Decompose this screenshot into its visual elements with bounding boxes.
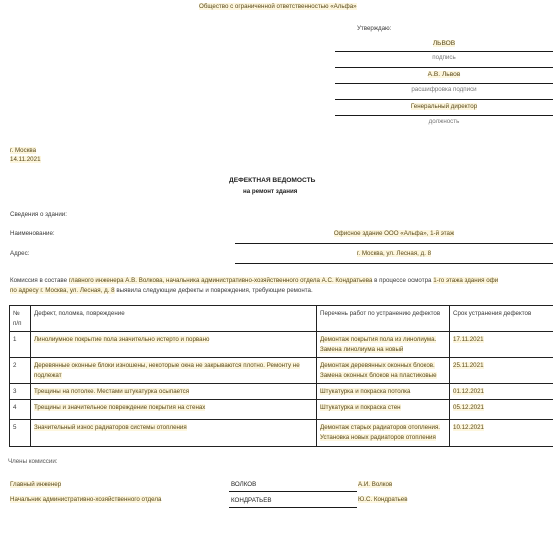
cell-num: 5: [10, 420, 31, 447]
work-text: Штукатурка и покраска потолка: [320, 388, 410, 395]
header-work: Перечень работ по устранению дефектов: [317, 306, 450, 332]
building-section-label: Сведения о здании:: [10, 211, 67, 218]
cell-term[interactable]: 10.12.2021: [450, 420, 553, 447]
cell-defect[interactable]: Деревянные оконные блоки изношены, некот…: [31, 358, 317, 384]
member-position: Начальник административно-хозяйственного…: [10, 496, 161, 503]
header-num: № п/п: [10, 306, 31, 332]
member-signature-field[interactable]: КОНДРАТЬЕВ: [231, 497, 271, 504]
cell-work[interactable]: Штукатурка и покраска потолка: [317, 384, 450, 400]
term-text: 10.12.2021: [453, 424, 484, 431]
table-row: 1 Линолиумное покрытие пола значительно …: [10, 332, 553, 358]
cell-num: 2: [10, 358, 31, 384]
table-row: 4 Трещины и значительное повреждение пок…: [10, 400, 553, 420]
approval-position-caption: должность: [335, 118, 553, 125]
inspection-address-text: по адресу г. Москва, ул. Лесная, д. 8: [10, 287, 115, 294]
defect-text: Трещины на потолке. Местами штукатурка о…: [34, 388, 189, 395]
name-line: [335, 83, 553, 84]
cell-work[interactable]: Демонтаж старых радиаторов отопления. Ус…: [317, 420, 450, 447]
commission-text: выявила следующие дефекты и повреждения,…: [115, 287, 313, 294]
header-defect: Дефект, поломка, повреждение: [31, 306, 317, 332]
work-text: Демонтаж деревянных оконных блоков. Заме…: [320, 362, 437, 379]
members-label: Члены комиссии:: [8, 458, 58, 465]
defect-text: Трещины и значительное повреждение покры…: [34, 404, 205, 411]
cell-term[interactable]: 05.12.2021: [450, 400, 553, 420]
building-name-field[interactable]: Офисное здание ООО «Альфа», 1-й этаж: [235, 230, 553, 237]
member-position: Главный инженер: [10, 481, 61, 488]
term-text: 05.12.2021: [453, 404, 484, 411]
commission-text: в процессе осмотра: [372, 277, 433, 284]
cell-work[interactable]: Демонтаж покрытия пола из линолиума. Зам…: [317, 332, 450, 358]
work-text: Демонтаж старых радиаторов отопления. Ус…: [320, 424, 440, 441]
document-subtitle: на ремонт здания: [243, 188, 297, 195]
cell-work[interactable]: Демонтаж деревянных оконных блоков. Заме…: [317, 358, 450, 384]
commission-paragraph-line2: по адресу г. Москва, ул. Лесная, д. 8 вы…: [10, 287, 313, 294]
member-signature-field[interactable]: ВОЛКОВ: [231, 481, 256, 488]
cell-num: 3: [10, 384, 31, 400]
building-name-label: Наименование:: [10, 230, 55, 237]
approval-label: Утверждаю:: [357, 25, 391, 32]
defect-text: Деревянные оконные блоки изношены, некот…: [34, 362, 300, 379]
position-line: [335, 115, 553, 116]
defect-text: Линолиумное покрытие пола значительно ис…: [34, 336, 209, 343]
term-text: 17.11.2021: [453, 336, 484, 343]
cell-term[interactable]: 17.11.2021: [450, 332, 553, 358]
building-name-line: [235, 243, 553, 244]
cell-term[interactable]: 01.12.2021: [450, 384, 553, 400]
divider-line: [335, 67, 553, 68]
table-row: 5 Значительный износ радиаторов системы …: [10, 420, 553, 447]
member-signature: ВОЛКОВ: [231, 481, 256, 488]
defect-text: Значительный износ радиаторов системы от…: [34, 424, 187, 431]
approval-signature-value: ЛЬВОВ: [433, 40, 455, 47]
building-name-value: Офисное здание ООО «Альфа», 1-й этаж: [334, 230, 454, 237]
organization-name: Общество с ограниченной ответственностью…: [199, 3, 357, 10]
approval-position-value: Генеральный директор: [411, 103, 477, 110]
cell-num: 1: [10, 332, 31, 358]
document-date: 14.11.2021: [10, 156, 41, 163]
member-signature: КОНДРАТЬЕВ: [231, 497, 271, 504]
table-row: 2 Деревянные оконные блоки изношены, нек…: [10, 358, 553, 384]
approval-signature-field[interactable]: ЛЬВОВ: [335, 40, 553, 47]
cell-defect[interactable]: Линолиумное покрытие пола значительно ис…: [31, 332, 317, 358]
member-signature-line: [229, 507, 357, 508]
commission-text: Комиссия в составе: [10, 277, 69, 284]
document-title: ДЕФЕКТНАЯ ВЕДОМОСТЬ: [229, 177, 315, 184]
building-address-value: г. Москва, ул. Лесная, д. 8: [357, 250, 431, 257]
member-name: Ю.С. Кондратьев: [358, 496, 407, 503]
cell-term[interactable]: 25.11.2021: [450, 358, 553, 384]
divider-line: [335, 99, 553, 100]
cell-defect[interactable]: Трещины и значительное повреждение покры…: [31, 400, 317, 420]
member-signature-line: [229, 491, 357, 492]
building-address-field[interactable]: г. Москва, ул. Лесная, д. 8: [235, 250, 553, 257]
commission-members-text: главного инженера А.В. Волкова, начальни…: [69, 277, 373, 284]
table-header-row: № п/п Дефект, поломка, повреждение Переч…: [10, 306, 553, 332]
approval-name-field[interactable]: А.В. Львов: [335, 71, 553, 78]
approval-name-caption: расшифровка подписи: [335, 86, 553, 93]
cell-num: 4: [10, 400, 31, 420]
building-address-label: Адрес:: [10, 250, 29, 257]
approval-position-field[interactable]: Генеральный директор: [335, 103, 553, 110]
inspection-object-text: 1-го этажа здания офи: [433, 277, 498, 284]
signature-line: [335, 51, 553, 52]
approval-signature-caption: подпись: [335, 54, 553, 61]
cell-defect[interactable]: Трещины на потолке. Местами штукатурка о…: [31, 384, 317, 400]
commission-paragraph-line1: Комиссия в составе главного инженера А.В…: [10, 277, 498, 284]
cell-defect[interactable]: Значительный износ радиаторов системы от…: [31, 420, 317, 447]
defects-table: № п/п Дефект, поломка, повреждение Переч…: [9, 305, 553, 447]
header-term: Срок устранения дефектов: [450, 306, 553, 332]
building-address-line: [235, 263, 553, 264]
term-text: 01.12.2021: [453, 388, 484, 395]
work-text: Штукатурка и покраска стен: [320, 404, 401, 411]
term-text: 25.11.2021: [453, 362, 484, 369]
table-row: 3 Трещины на потолке. Местами штукатурка…: [10, 384, 553, 400]
work-text: Демонтаж покрытия пола из линолиума. Зам…: [320, 336, 436, 353]
cell-work[interactable]: Штукатурка и покраска стен: [317, 400, 450, 420]
document-place: г. Москва: [10, 147, 36, 154]
member-name: А.И. Волков: [358, 481, 392, 488]
approval-name-value: А.В. Львов: [428, 71, 461, 78]
